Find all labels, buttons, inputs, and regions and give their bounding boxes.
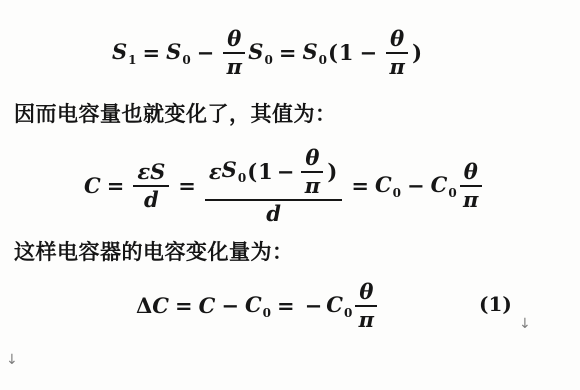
symbol-C: C [245,292,262,317]
var-C0: C0 [326,293,352,319]
fraction-denominator-pi: π [227,54,242,78]
fraction-denominator-d: d [266,201,281,225]
number-one: 1 [339,41,354,64]
paragraph-capacitance-changed: 因而电容量也就变化了，其值为： [14,98,337,128]
fraction-denominator-pi: π [305,173,320,197]
var-C: C [84,174,101,197]
symbol-epsilon: ε [137,161,150,183]
var-S0: S0 [248,40,273,66]
var-C: C [199,294,216,317]
symbol-C: C [431,172,448,197]
symbol-S: S [150,161,165,183]
symbol-C: C [326,292,343,317]
minus-sign: − [221,294,239,317]
var-S0: S0 [302,40,327,66]
var-S0: S0 [222,159,247,184]
subscript-0: 0 [344,306,352,320]
var-C0: C0 [375,173,401,199]
fraction-denominator-pi: π [463,187,478,211]
subscript-1: 1 [128,53,136,67]
equals-sign: = [351,174,369,197]
close-paren: ) [412,41,422,64]
fraction-numerator-epsS: ε S [133,161,169,187]
minus-sign: − [305,294,323,317]
fraction-epsS-over-d: ε S d [133,161,169,211]
subscript-0: 0 [264,53,272,67]
open-paren: ( [328,41,338,64]
fraction-denominator-pi: π [389,54,404,78]
equals-sign: = [178,174,196,197]
fraction-epsS0-expr-over-d: ε S0 ( 1 − θ π ) d [205,147,342,225]
subscript-0: 0 [263,306,271,320]
equals-sign: = [175,294,193,317]
subscript-0: 0 [448,186,456,200]
var-C0: C0 [431,173,457,199]
fraction-numerator-theta: θ [386,28,408,54]
fraction-theta-over-pi: θ π [460,161,482,211]
down-arrow-icon: ↓ [519,317,531,331]
symbol-S: S [248,39,263,64]
subscript-0: 0 [319,53,327,67]
symbol-epsilon: ε [209,161,222,183]
fraction-theta-over-pi: θ π [355,281,377,331]
symbol-delta: Δ [136,294,152,317]
symbol-S: S [302,39,317,64]
var-C: C [152,294,169,317]
symbol-S: S [222,157,237,182]
var-S1: S1 [112,40,137,66]
close-paren: ) [327,161,337,183]
equation-3: Δ C = C − C0 = − C0 θ π [136,281,380,331]
equals-sign: = [279,41,297,64]
minus-sign: − [407,174,425,197]
fraction-theta-over-pi: θ π [386,28,408,78]
equals-sign: = [107,174,125,197]
open-paren: ( [247,161,257,183]
var-C0: C0 [245,293,271,319]
symbol-S: S [166,39,181,64]
subscript-0: 0 [238,171,246,185]
equals-sign: = [143,41,161,64]
subscript-0: 0 [393,186,401,200]
subscript-0: 0 [182,53,190,67]
down-arrow-icon: ↓ [6,353,18,367]
fraction-denominator-pi: π [359,307,374,331]
fraction-denominator-d: d [144,187,159,211]
fraction-numerator-theta: θ [301,147,323,173]
fraction-numerator-theta: θ [355,281,377,307]
minus-sign: − [360,41,378,64]
number-one: 1 [258,161,273,183]
equation-2: C = ε S d = ε S0 ( 1 − θ π ) d [84,142,485,230]
fraction-numerator-theta: θ [460,161,482,187]
equals-sign: = [277,294,295,317]
minus-sign: − [277,161,295,183]
fraction-theta-over-pi: θ π [223,28,245,78]
paragraph-capacitance-delta: 这样电容器的电容变化量为： [14,236,294,266]
symbol-S: S [112,39,127,64]
minus-sign: − [197,41,215,64]
fraction-numerator-epsS0-expr: ε S0 ( 1 − θ π ) [205,147,342,201]
symbol-C: C [375,172,392,197]
equation-number: (1) [479,292,512,316]
equation-1: S1 = S0 − θ π S0 = S0 ( 1 − θ π ) [112,27,423,79]
fraction-numerator-theta: θ [223,28,245,54]
var-S0: S0 [166,40,191,66]
fraction-theta-over-pi: θ π [301,147,323,197]
scanned-page: S1 = S0 − θ π S0 = S0 ( 1 − θ π ) 因而电容量也… [0,0,580,390]
